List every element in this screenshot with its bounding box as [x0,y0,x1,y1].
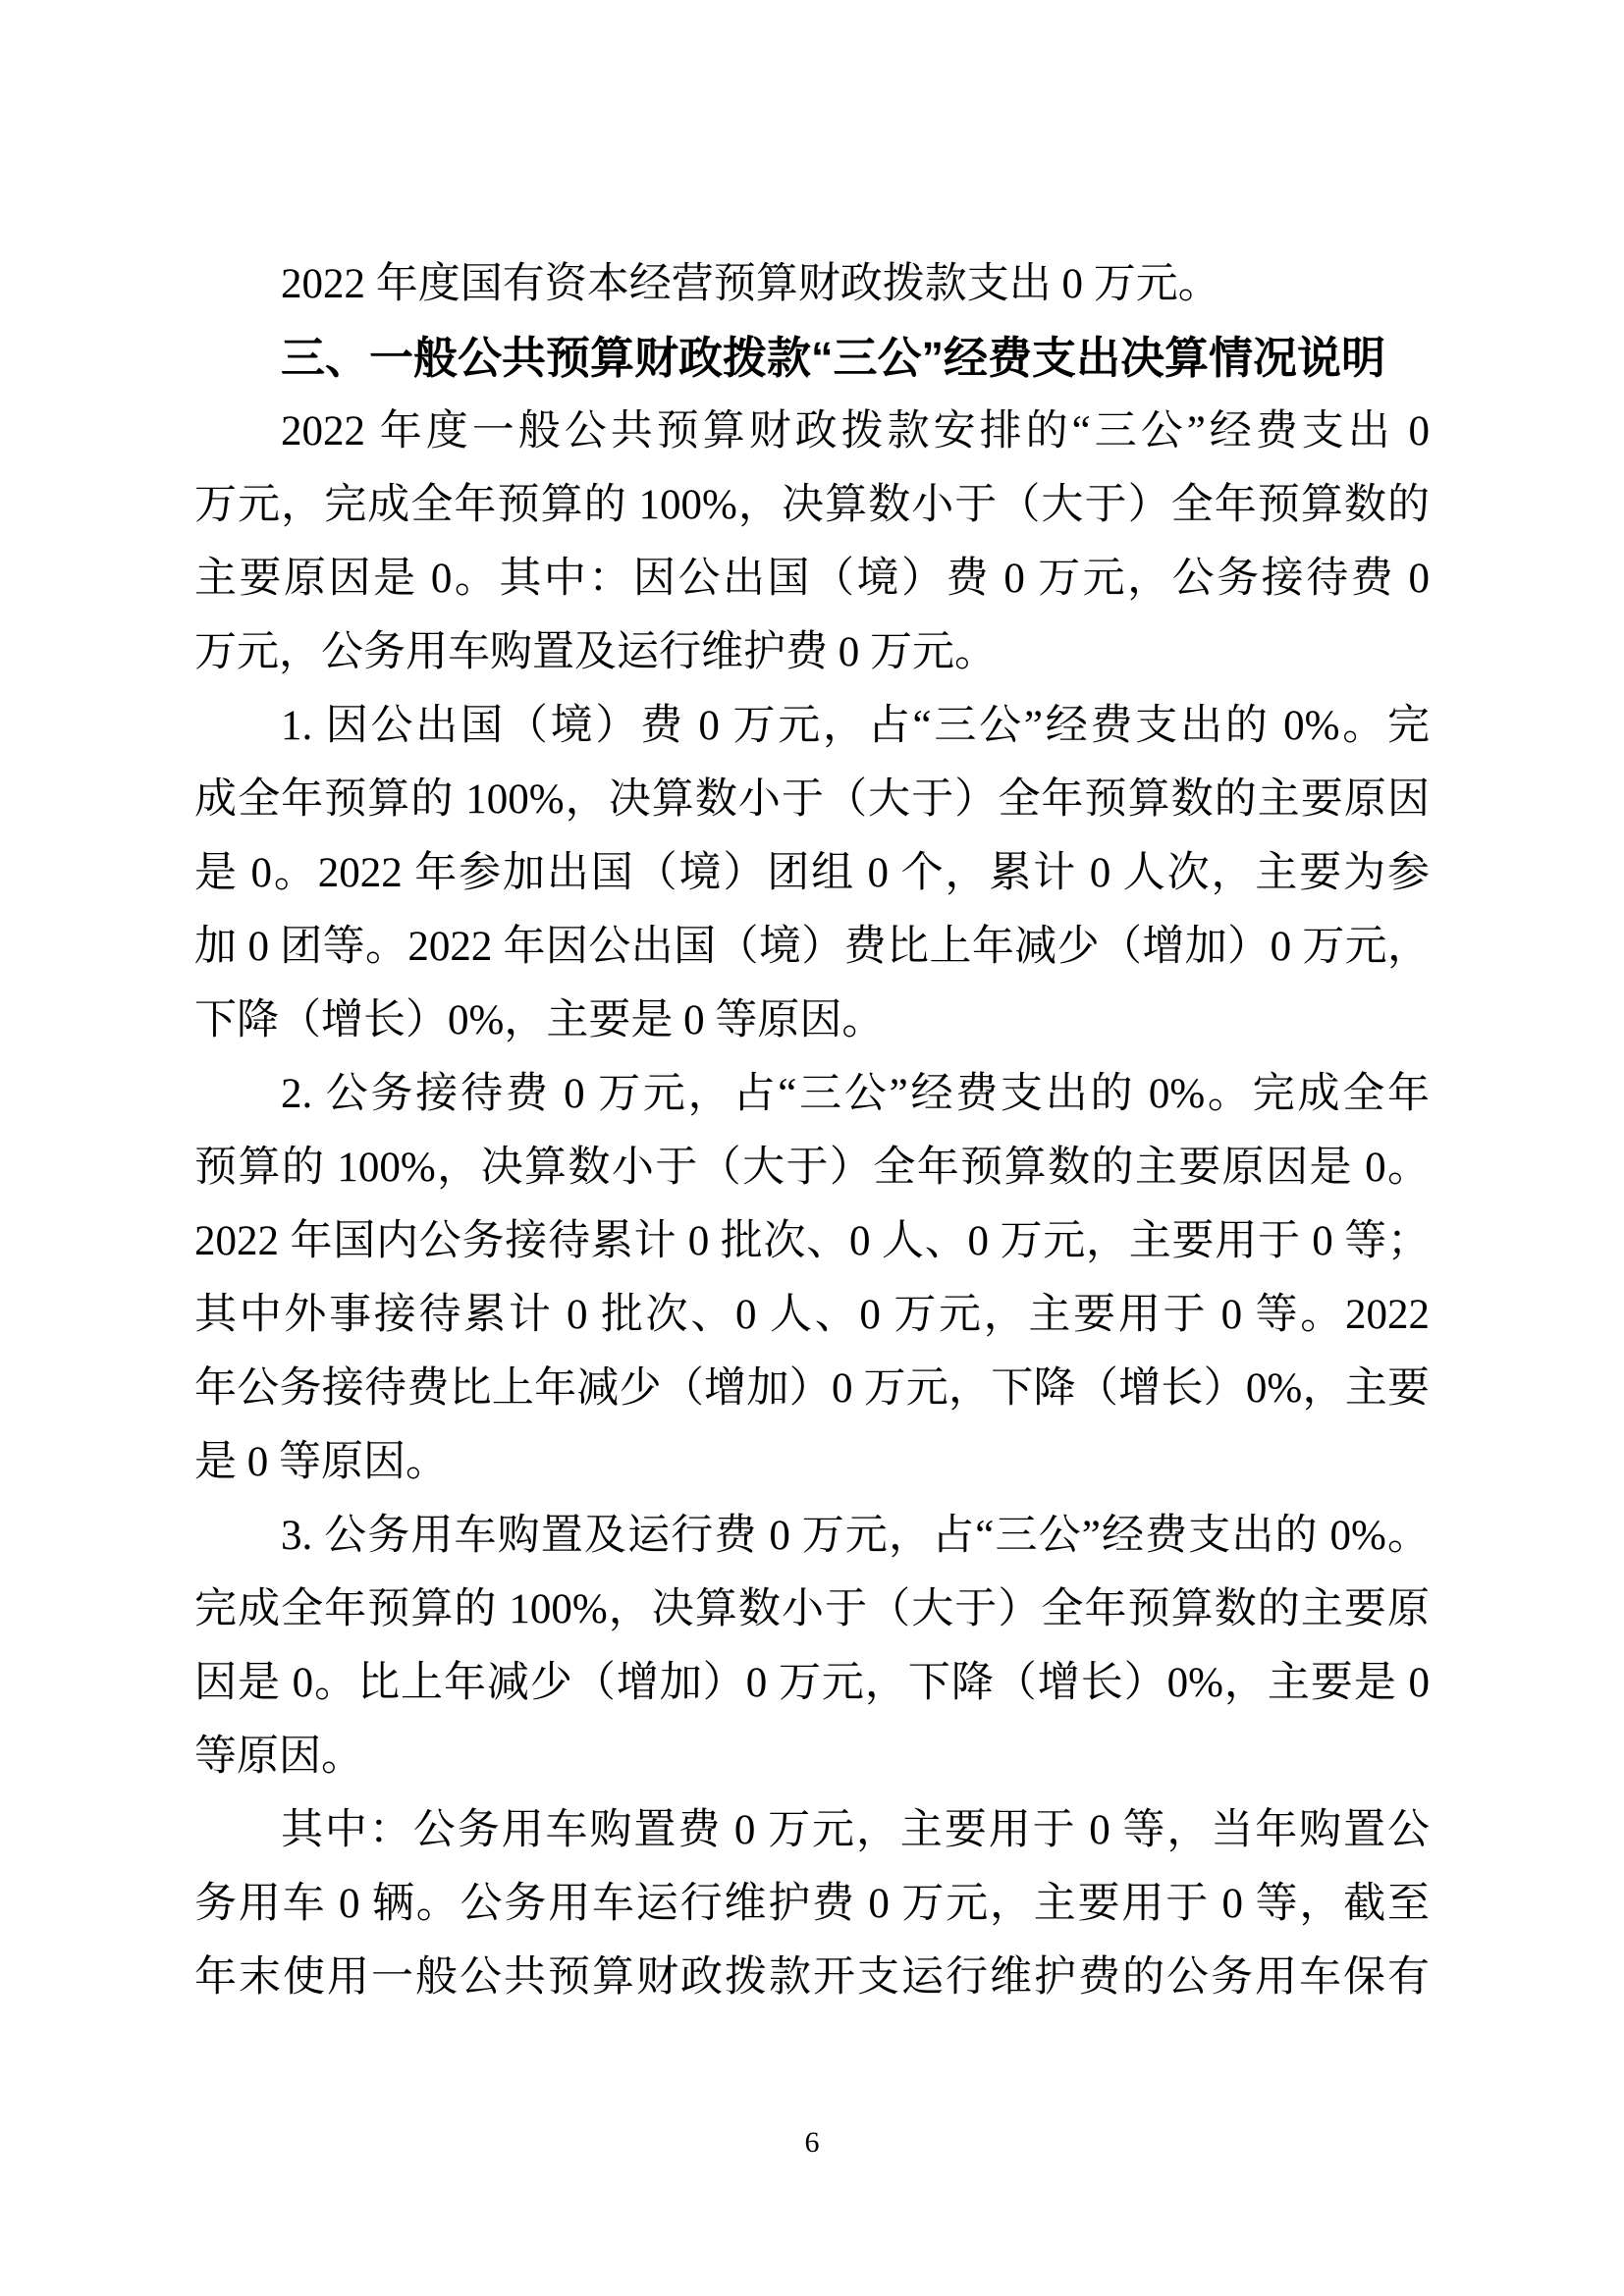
document-page: 2022 年度国有资本经营预算财政拨款支出 0 万元。三、一般公共预算财政拨款“… [0,0,1624,2296]
text-line: 2022 年国内公务接待累计 0 批次、0 人、0 万元，主要用于 0 等； [194,1204,1430,1278]
page-number: 6 [805,2126,820,2159]
text-line: 完成全年预算的 100%，决算数小于（大于）全年预算数的主要原 [194,1573,1430,1646]
text-line: 2. 公务接待费 0 万元，占“三公”经费支出的 0%。完成全年 [194,1057,1430,1131]
text-line: 下降（增长）0%，主要是 0 等原因。 [194,984,1430,1057]
text-line: 万元，公务用车购置及运行维护费 0 万元。 [194,615,1430,689]
text-line: 是 0 等原因。 [194,1425,1430,1499]
text-line: 因是 0。比上年减少（增加）0 万元，下降（增长）0%，主要是 0 [194,1646,1430,1720]
text-line: 主要原因是 0。其中：因公出国（境）费 0 万元，公务接待费 0 [194,542,1430,615]
text-line: 年公务接待费比上年减少（增加）0 万元，下降（增长）0%，主要 [194,1352,1430,1425]
document-body: 2022 年度国有资本经营预算财政拨款支出 0 万元。三、一般公共预算财政拨款“… [194,247,1430,2014]
text-line: 成全年预算的 100%，决算数小于（大于）全年预算数的主要原因 [194,763,1430,836]
text-line: 是 0。2022 年参加出国（境）团组 0 个，累计 0 人次，主要为参 [194,836,1430,910]
text-line: 等原因。 [194,1720,1430,1793]
text-line: 加 0 团等。2022 年因公出国（境）费比上年减少（增加）0 万元， [194,910,1430,984]
text-line: 2022 年度一般公共预算财政拨款安排的“三公”经费支出 0 [194,395,1430,468]
text-line: 其中：公务用车购置费 0 万元，主要用于 0 等，当年购置公 [194,1793,1430,1867]
text-line: 3. 公务用车购置及运行费 0 万元，占“三公”经费支出的 0%。 [194,1499,1430,1573]
text-line: 预算的 100%，决算数小于（大于）全年预算数的主要原因是 0。 [194,1131,1430,1204]
text-line: 万元，完成全年预算的 100%，决算数小于（大于）全年预算数的 [194,468,1430,542]
page-footer: 6 [0,2123,1624,2163]
text-line: 年末使用一般公共预算财政拨款开支运行维护费的公务用车保有 [194,1941,1430,2014]
text-line: 1. 因公出国（境）费 0 万元，占“三公”经费支出的 0%。完 [194,689,1430,763]
section-heading: 三、一般公共预算财政拨款“三公”经费支出决算情况说明 [194,321,1430,395]
text-line: 其中外事接待累计 0 批次、0 人、0 万元，主要用于 0 等。2022 [194,1278,1430,1352]
text-line: 2022 年度国有资本经营预算财政拨款支出 0 万元。 [194,247,1430,321]
text-line: 务用车 0 辆。公务用车运行维护费 0 万元，主要用于 0 等，截至 [194,1867,1430,1941]
